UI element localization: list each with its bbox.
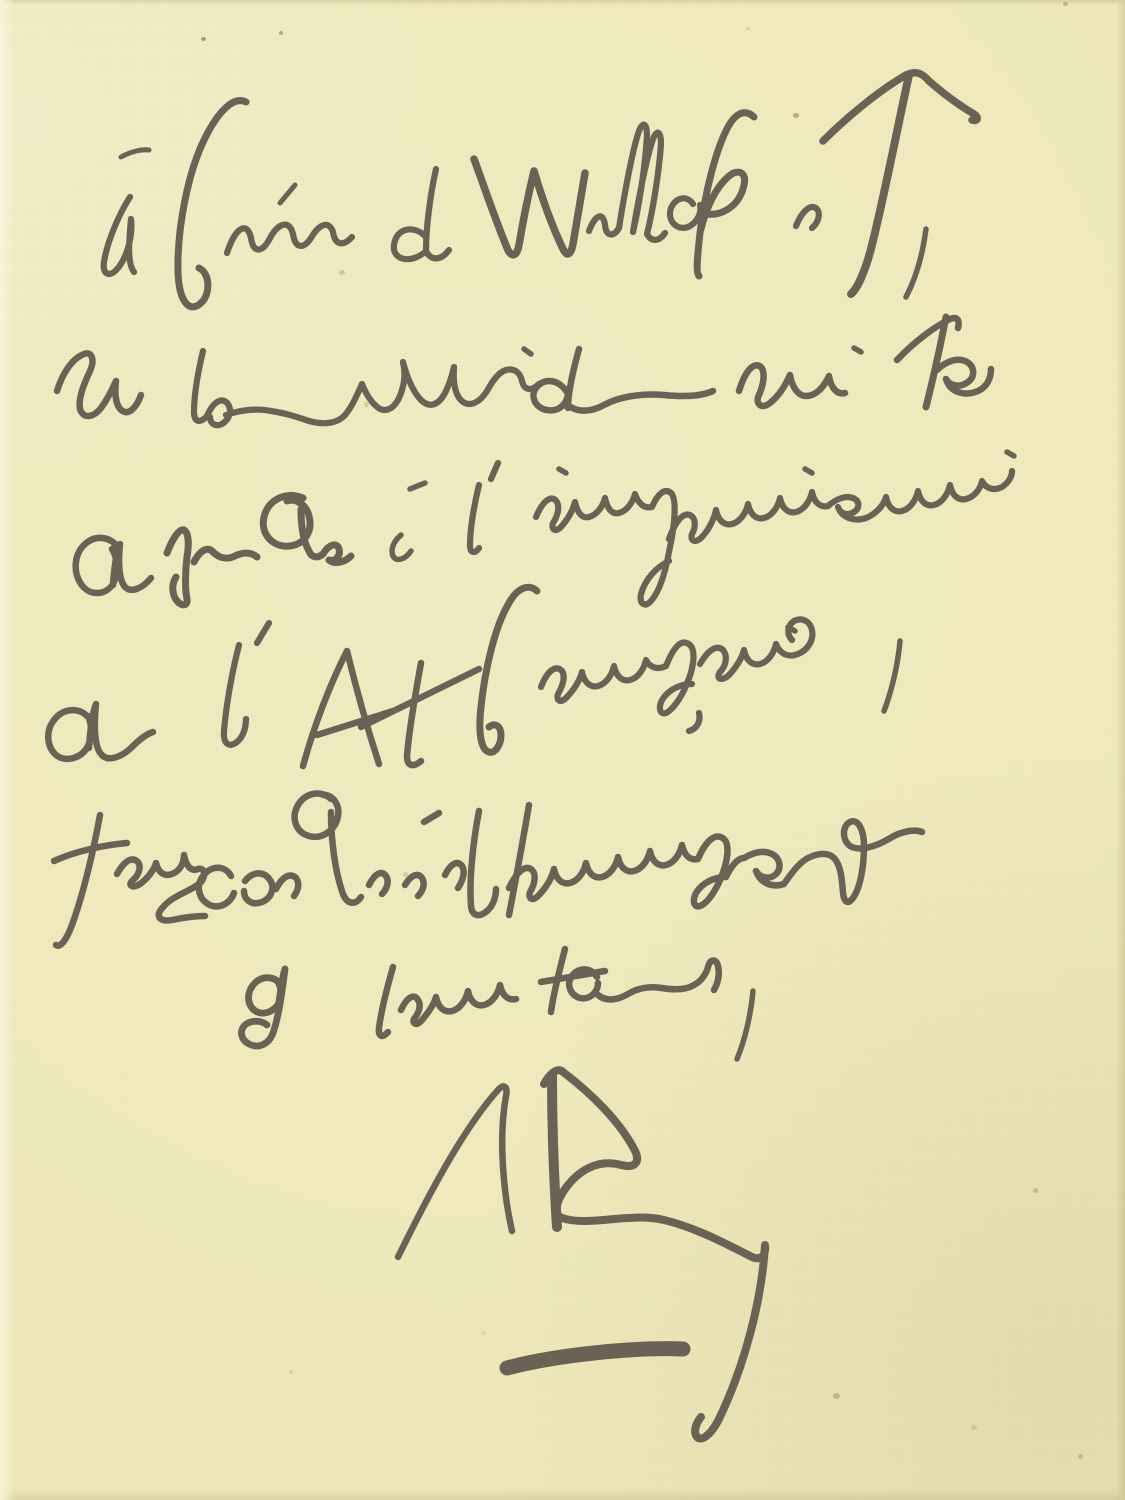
ink-stroke	[470, 463, 498, 552]
signature-flourish	[398, 1070, 765, 1438]
ink-stroke	[398, 1086, 512, 1257]
handwriting-line-1	[104, 73, 978, 307]
ink-stroke	[796, 207, 819, 228]
handwriting-line-2	[57, 317, 991, 425]
ink-stroke	[121, 150, 149, 157]
handwriting-line-6	[242, 949, 753, 1059]
ink-stroke	[194, 351, 539, 425]
ink-stroke	[474, 159, 585, 255]
ink-stroke	[739, 365, 845, 406]
ink-stroke	[509, 805, 922, 915]
ink-stroke	[524, 349, 531, 354]
ink-stroke	[544, 1070, 765, 1438]
ink-stroke	[533, 349, 713, 411]
handwriting-line-5	[54, 793, 922, 945]
ink-stroke	[76, 538, 151, 593]
ink-stroke	[104, 197, 134, 274]
ink-stroke	[884, 641, 900, 711]
ink-stroke	[906, 229, 926, 297]
ink-stroke	[480, 587, 537, 752]
ink-stroke	[401, 949, 719, 1024]
ink-stroke	[199, 793, 496, 915]
ink-stroke	[670, 198, 700, 228]
ink-stroke	[541, 619, 812, 731]
ink-stroke	[227, 225, 352, 253]
ink-stroke	[280, 185, 295, 203]
handwriting-svg	[0, 0, 1125, 1500]
ink-stroke	[536, 471, 1012, 605]
handwriting-line-3	[76, 452, 1014, 605]
ink-stroke	[392, 483, 425, 559]
ink-stroke	[54, 815, 205, 946]
handwriting-line-4	[48, 587, 900, 766]
ink-stroke	[178, 101, 246, 307]
ink-stroke	[242, 969, 285, 1046]
ink-stroke	[697, 113, 754, 276]
ink-stroke	[167, 496, 351, 605]
ink-stroke	[303, 651, 479, 766]
signature-underline-stroke	[507, 1349, 683, 1368]
ink-stroke	[854, 348, 861, 352]
ink-stroke	[788, 627, 795, 631]
ink-stroke	[559, 452, 1014, 473]
ink-stroke	[379, 967, 393, 1036]
ink-stroke	[394, 169, 449, 259]
ink-stroke	[48, 704, 153, 759]
ink-stroke	[737, 991, 753, 1059]
ink-stroke	[57, 353, 141, 416]
ink-stroke	[589, 125, 665, 240]
photographed-dedication-page: Transcription à Gérard Willefert, en sou…	[0, 0, 1125, 1500]
ink-stroke	[224, 623, 269, 745]
